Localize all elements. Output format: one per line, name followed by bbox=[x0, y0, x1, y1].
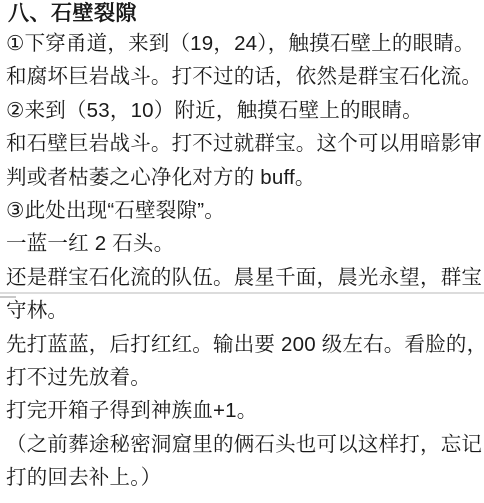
text-line: 打完开箱子得到神族血+1。 bbox=[6, 394, 477, 427]
document-page: 八、石壁裂隙 ①下穿甬道，来到（19，24），触摸石壁上的眼睛。 和腐坏巨岩战斗… bbox=[0, 0, 484, 503]
text-line: 和腐坏巨岩战斗。打不过的话，依然是群宝石化流。 bbox=[6, 60, 477, 93]
page-divider-notch bbox=[0, 296, 16, 298]
text-line: 一蓝一红 2 石头。 bbox=[6, 227, 477, 260]
text-line: 打不过先放着。 bbox=[6, 361, 477, 394]
text-line: （之前葬途秘密洞窟里的俩石头也可以这样打，忘记 bbox=[6, 428, 477, 461]
section-title: 八、石壁裂隙 bbox=[8, 0, 477, 27]
text-line: 和石壁巨岩战斗。打不过就群宝。这个可以用暗影审 bbox=[6, 127, 477, 160]
text-line: ②来到（53，10）附近，触摸石壁上的眼睛。 bbox=[6, 94, 477, 127]
text-line: 打的回去补上。） bbox=[6, 461, 477, 494]
text-line: ①下穿甬道，来到（19，24），触摸石壁上的眼睛。 bbox=[6, 27, 477, 60]
text-line: 判或者枯萎之心净化对方的 buff。 bbox=[6, 161, 477, 194]
text-line: ③此处出现“石壁裂隙”。 bbox=[6, 194, 477, 227]
text-line: 守林。 bbox=[6, 294, 477, 327]
page-divider bbox=[0, 292, 484, 294]
text-line: 先打蓝蓝，后打红红。输出要 200 级左右。看脸的， bbox=[6, 328, 477, 361]
text-line: 还是群宝石化流的队伍。晨星千面，晨光永望，群宝 bbox=[6, 261, 477, 294]
